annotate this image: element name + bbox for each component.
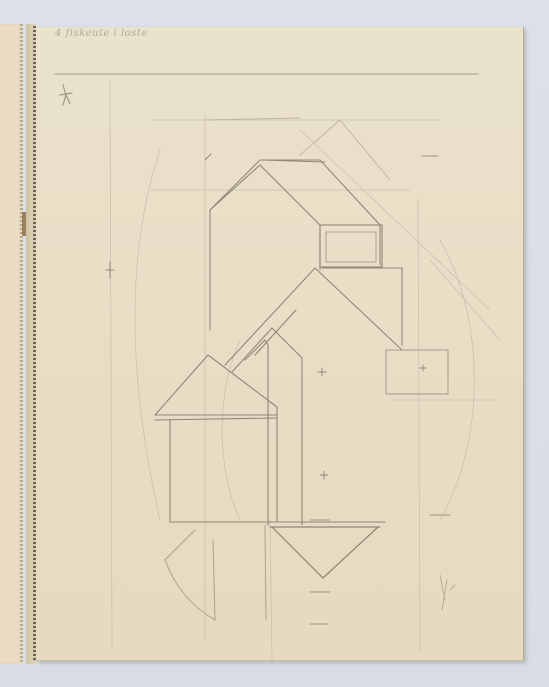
- main-house: [210, 160, 402, 345]
- right-rectangle: [386, 350, 448, 394]
- figure-sketch: [60, 85, 72, 105]
- center-markers: [106, 154, 426, 479]
- lower-triangle: [270, 527, 380, 578]
- upper-roof-outline: [205, 118, 390, 180]
- scribble: [440, 575, 455, 610]
- pencil-drawing: [0, 0, 549, 687]
- middle-house: [225, 268, 402, 525]
- construction-lines: [110, 80, 500, 660]
- lower-left-shape: [165, 525, 266, 620]
- left-house: [155, 355, 385, 522]
